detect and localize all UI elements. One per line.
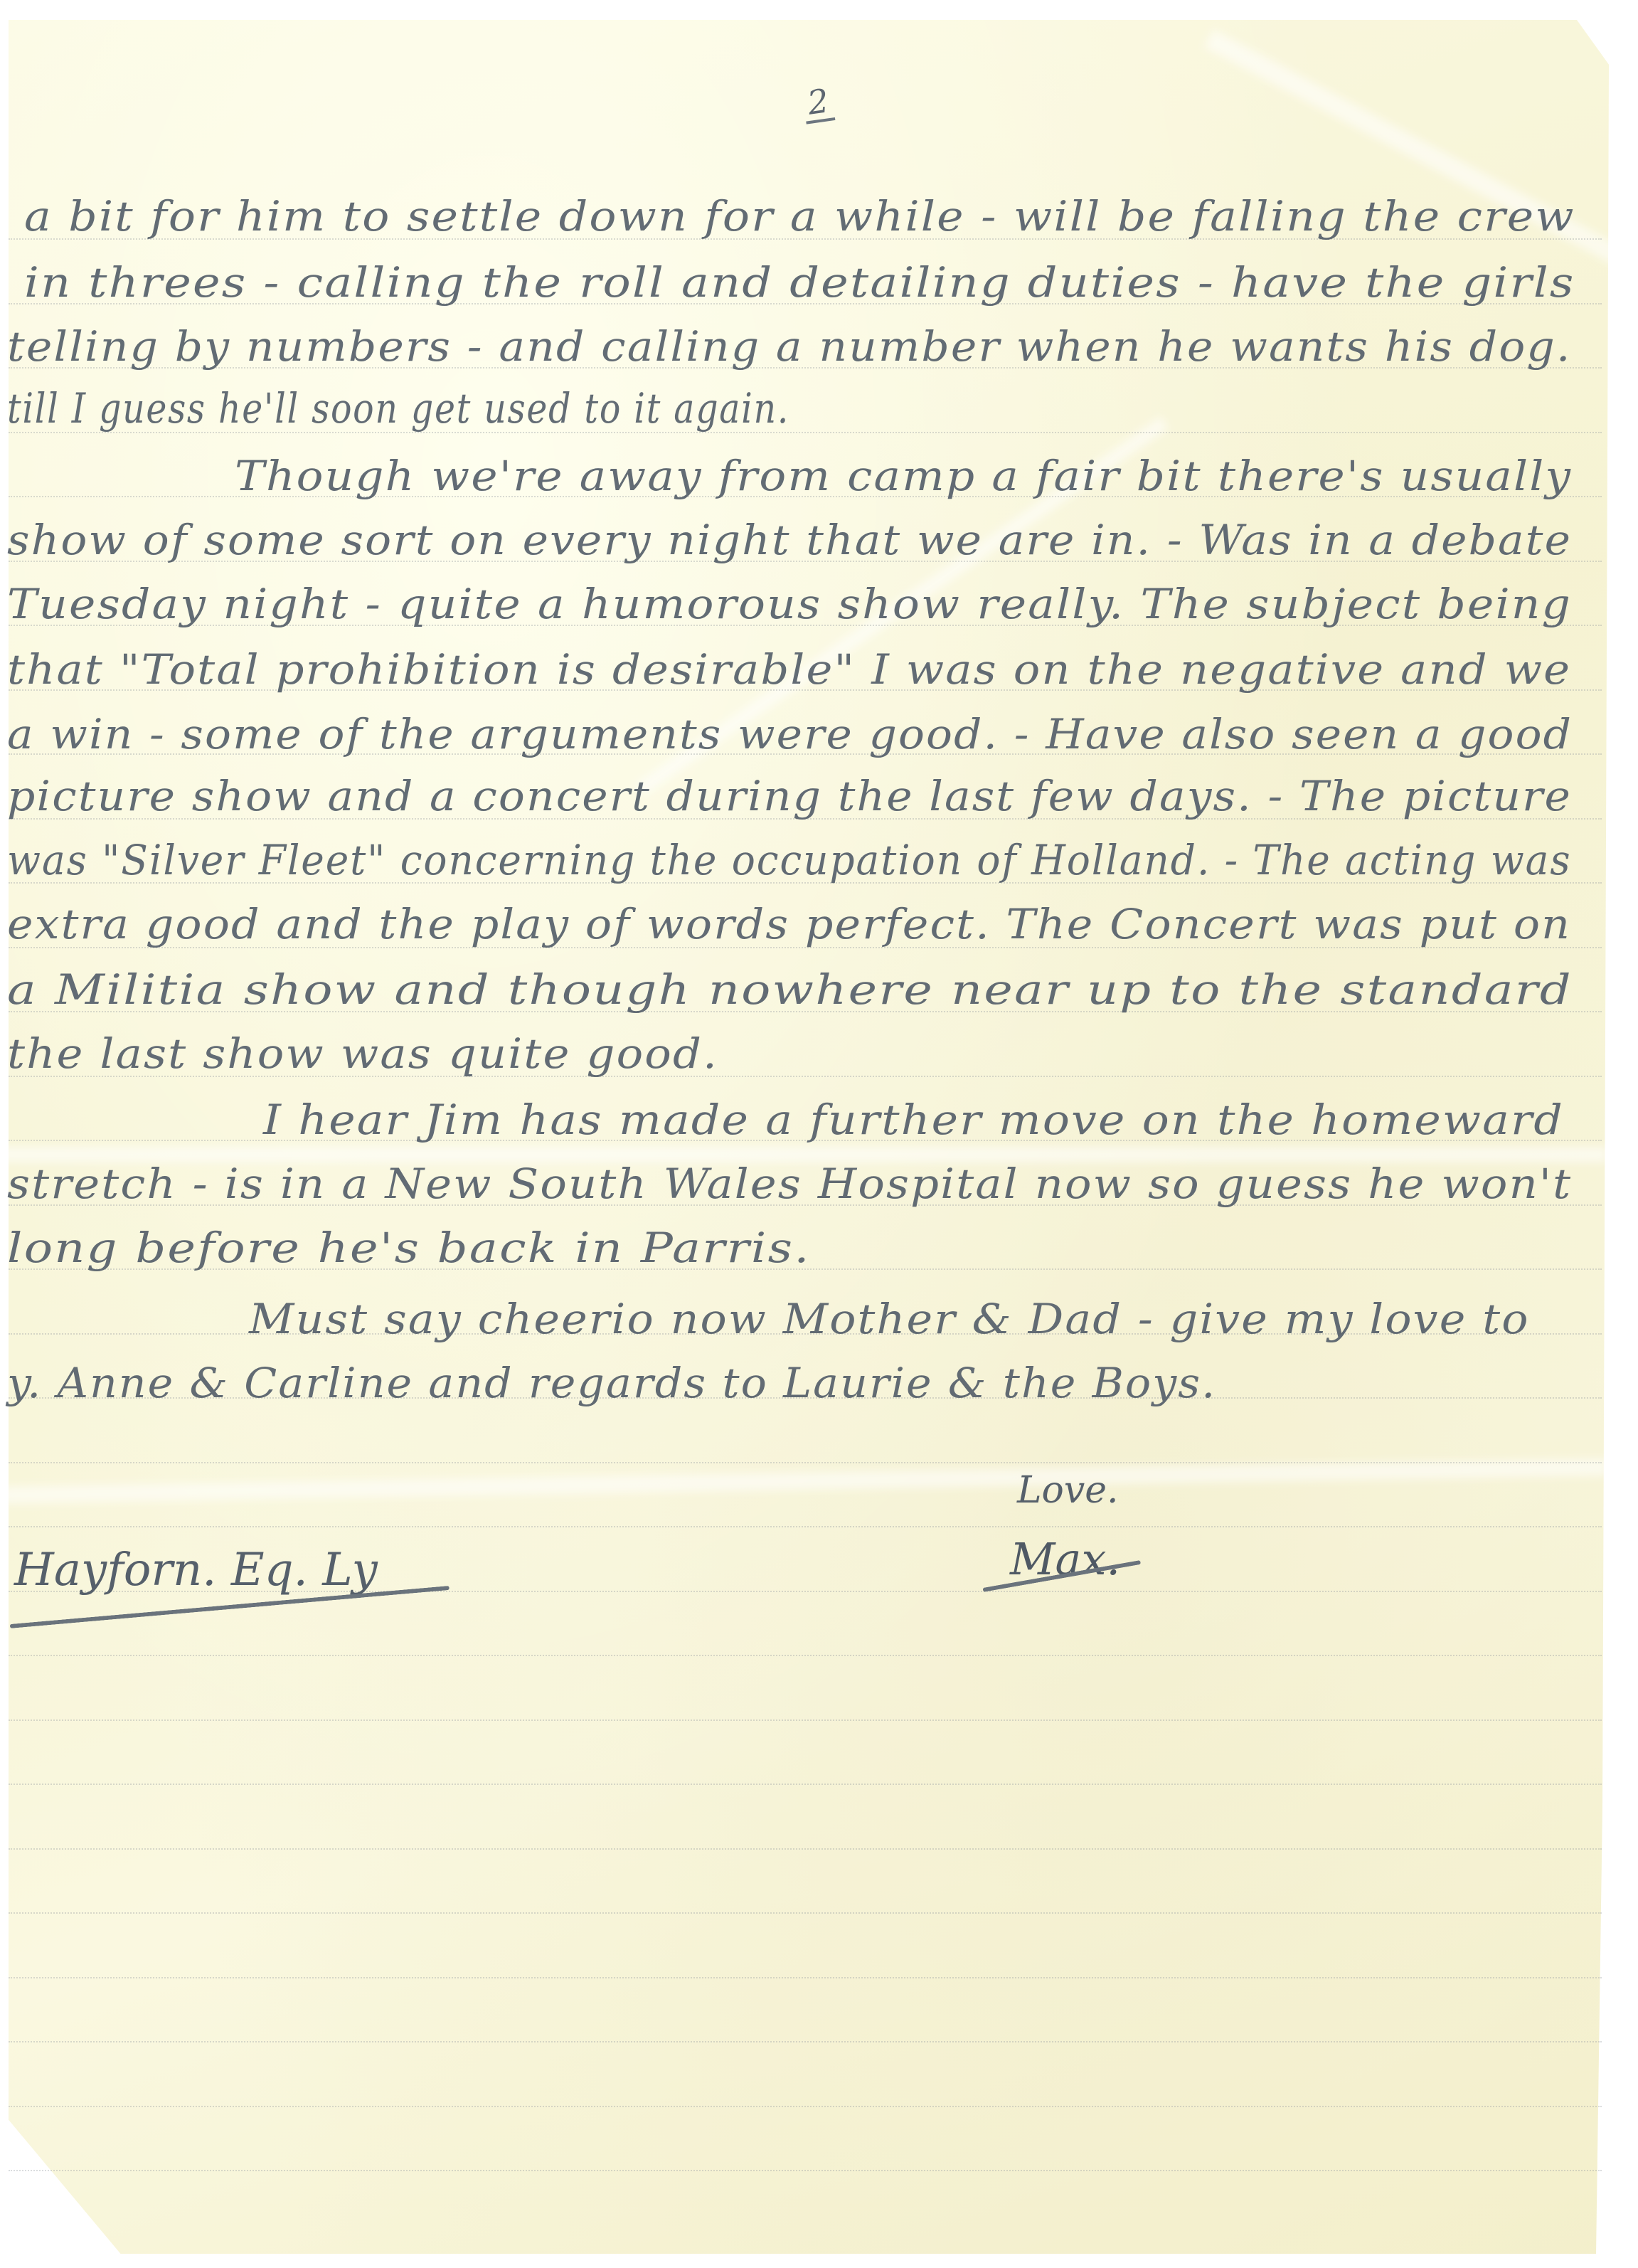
letter-line: show of some sort on every night that we…	[7, 519, 1572, 561]
letter-line: a bit for him to settle down for a while…	[24, 196, 1575, 237]
letter-line: picture show and a concert during the la…	[7, 775, 1572, 817]
ruled-line	[9, 1655, 1602, 1656]
ruled-line	[9, 1912, 1602, 1914]
ruled-line	[9, 2170, 1602, 2171]
letter-line: stretch - is in a New South Wales Hospit…	[7, 1163, 1572, 1204]
letter-line: a win - some of the arguments were good.…	[7, 714, 1573, 755]
ruled-line	[9, 1719, 1602, 1721]
letter-line: y. Anne & Carline and regards to Laurie …	[7, 1362, 1216, 1404]
margin-note: Hayforn. Eq. Ly	[14, 1544, 378, 1596]
letter-line: telling by numbers - and calling a numbe…	[7, 326, 1572, 367]
page-number: 2	[802, 83, 836, 124]
ruled-line	[9, 1977, 1602, 1978]
ruled-line	[9, 1462, 1602, 1463]
letter-line: Though we're away from camp a fair bit t…	[235, 455, 1572, 497]
letter-line: a Militia show and though nowhere near u…	[7, 969, 1573, 1010]
letter-line: till I guess he'll soon get used to it a…	[7, 388, 789, 429]
ruled-line	[9, 2106, 1602, 2107]
letter-line: in threes - calling the roll and detaili…	[24, 262, 1575, 303]
letter-line: the last show was quite good.	[7, 1033, 718, 1074]
letter-line: Must say cheerio now Mother & Dad - give…	[249, 1298, 1530, 1340]
letter-line: that "Total prohibition is desirable" I …	[7, 649, 1571, 690]
letter-line: long before he's back in Parris.	[7, 1227, 811, 1268]
ruled-line	[9, 2041, 1602, 2042]
letter-line: was "Silver Fleet" concerning the occupa…	[7, 839, 1571, 881]
ruled-line	[9, 1526, 1602, 1527]
closing-salutation: Love.	[1017, 1469, 1119, 1512]
letter-line: extra good and the play of words perfect…	[7, 904, 1571, 945]
ruled-line	[9, 1784, 1602, 1785]
letter-line: Tuesday night - quite a humorous show re…	[7, 583, 1572, 625]
ruled-line	[9, 1848, 1602, 1850]
letter-line: I hear Jim has made a further move on th…	[263, 1099, 1564, 1140]
